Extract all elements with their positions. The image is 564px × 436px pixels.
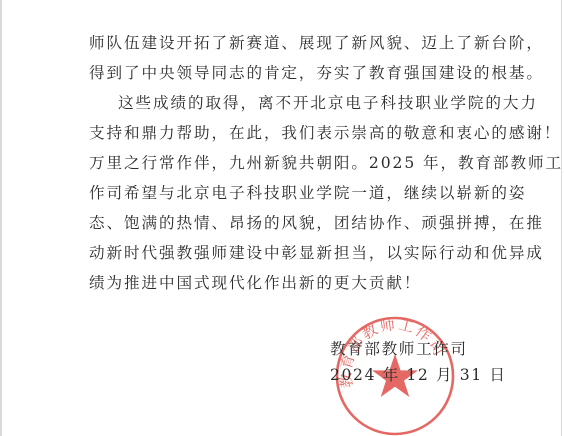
body-line-3: 这些成绩的取得，离不开北京电子科技职业学院的大力 — [118, 88, 558, 118]
body-line-2: 得到了中央领导同志的肯定，夯实了教育强国建设的根基。 — [89, 58, 529, 88]
page-edge-left — [0, 0, 2, 436]
signature-date: 2024 年 12 月 31 日 — [330, 363, 507, 387]
body-line-5: 万里之行常作伴，九州新貌共朝阳。2025 年，教育部教师工 — [89, 148, 529, 178]
body-line-7: 态、饱满的热情、昂扬的风貌，团结协作、顽强拼搏，在推 — [89, 208, 529, 238]
body-line-4: 支持和鼎力帮助，在此，我们表示崇高的敬意和衷心的感谢！ — [89, 118, 529, 148]
document-page: 师队伍建设开拓了新赛道、展现了新风貌、迈上了新台阶， 得到了中央领导同志的肯定，… — [0, 0, 564, 436]
signature-organization: 教育部教师工作司 — [330, 337, 468, 361]
body-line-8: 动新时代强教强师建设中彰显新担当，以实际行动和优异成 — [89, 238, 529, 268]
body-line-9: 绩为推进中国式现代化作出新的更大贡献！ — [89, 268, 529, 298]
page-edge-right — [561, 0, 562, 436]
body-line-6: 作司希望与北京电子科技职业学院一道，继续以崭新的姿 — [89, 178, 529, 208]
body-line-1: 师队伍建设开拓了新赛道、展现了新风貌、迈上了新台阶， — [89, 28, 529, 58]
